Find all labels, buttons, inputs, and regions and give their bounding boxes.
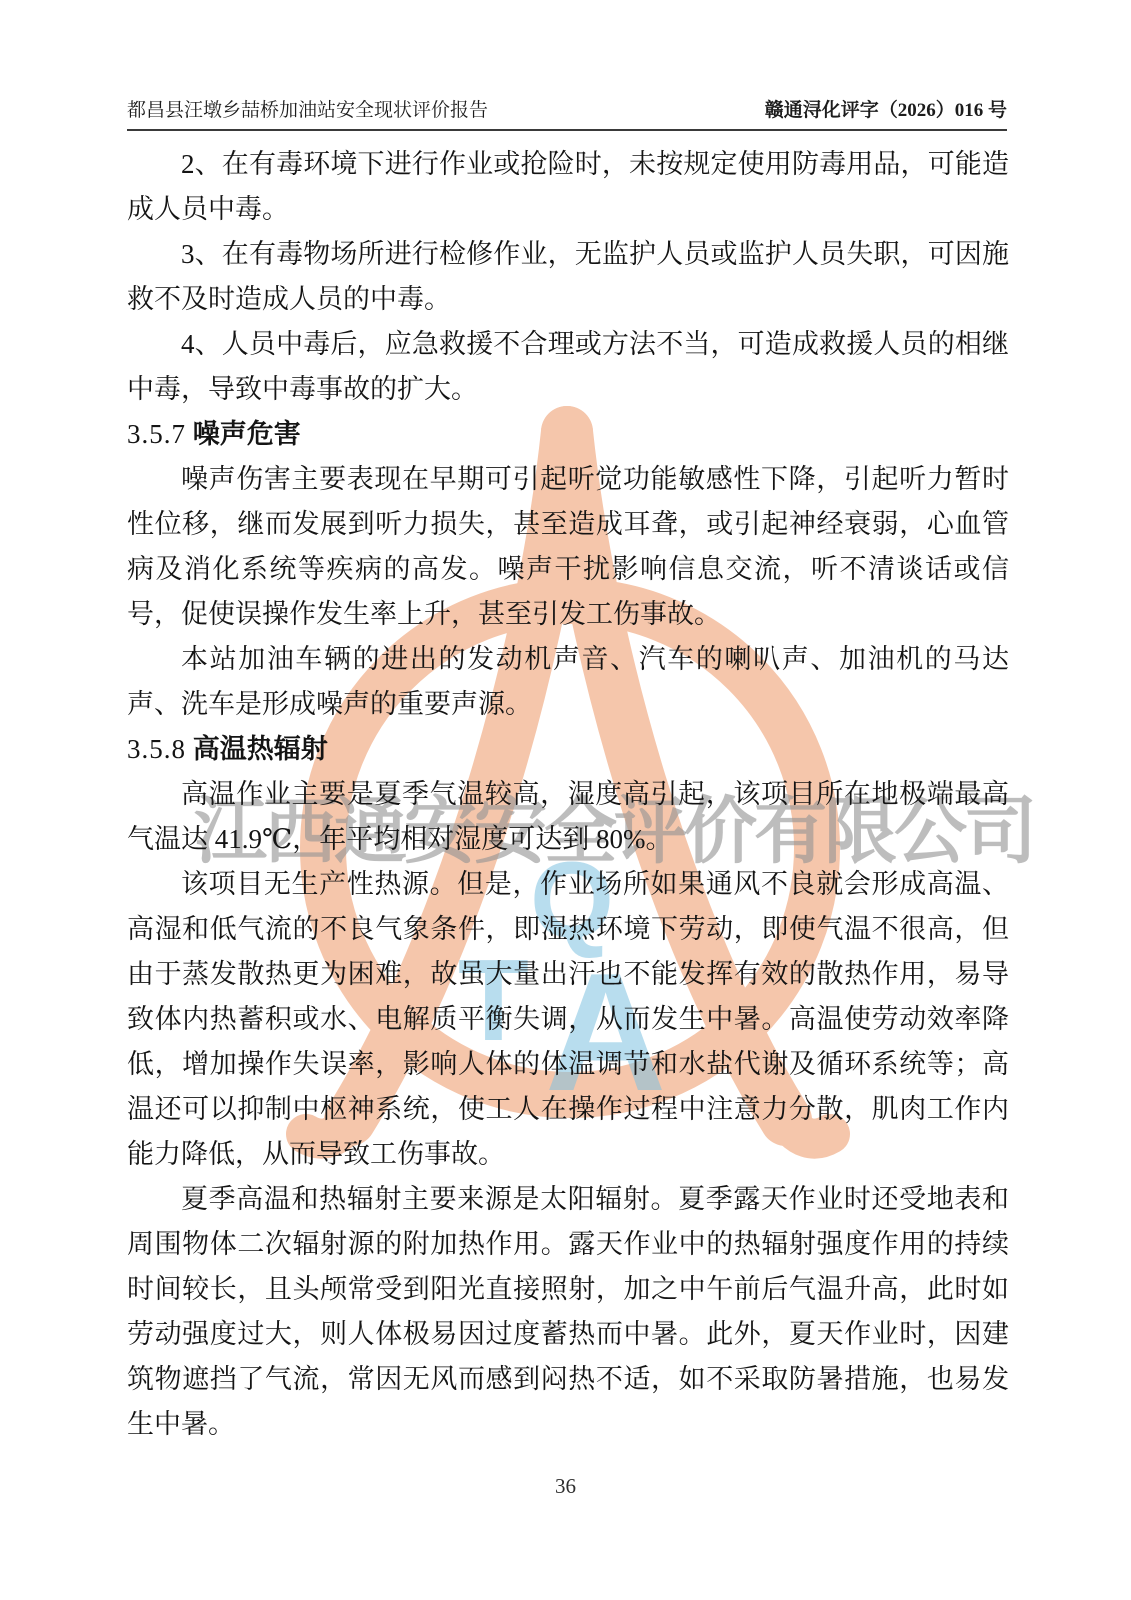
heading-title: 噪声危害	[193, 419, 301, 449]
heading-3-5-8: 3.5.8 高温热辐射	[127, 727, 1009, 772]
document-page: Q T A 江西通安安全评价有限公司 都昌县汪墩乡喆桥加油站安全现状评价报告 赣…	[0, 0, 1131, 1600]
page-number: 36	[0, 1474, 1131, 1499]
paragraph: 该项目无生产性热源。但是，作业场所如果通风不良就会形成高温、高湿和低气流的不良气…	[127, 862, 1009, 1177]
header-report-title: 都昌县汪墩乡喆桥加油站安全现状评价报告	[127, 95, 488, 122]
paragraph: 高温作业主要是夏季气温较高，湿度高引起，该项目所在地极端最高气温达 41.9℃，…	[127, 772, 1009, 862]
document-body: 2、在有毒环境下进行作业或抢险时，未按规定使用防毒用品，可能造成人员中毒。 3、…	[127, 142, 1009, 1447]
heading-3-5-7: 3.5.7 噪声危害	[127, 412, 1009, 457]
paragraph: 3、在有毒物场所进行检修作业，无监护人员或监护人员失职，可因施救不及时造成人员的…	[127, 232, 1009, 322]
paragraph: 4、人员中毒后，应急救援不合理或方法不当，可造成救援人员的相继中毒，导致中毒事故…	[127, 322, 1009, 412]
heading-number: 3.5.8	[127, 734, 186, 764]
page-header: 都昌县汪墩乡喆桥加油站安全现状评价报告 赣通浔化评字（2026）016 号	[127, 0, 1007, 131]
paragraph: 夏季高温和热辐射主要来源是太阳辐射。夏季露天作业时还受地表和周围物体二次辐射源的…	[127, 1177, 1009, 1447]
paragraph: 2、在有毒环境下进行作业或抢险时，未按规定使用防毒用品，可能造成人员中毒。	[127, 142, 1009, 232]
paragraph: 本站加油车辆的进出的发动机声音、汽车的喇叭声、加油机的马达声、洗车是形成噪声的重…	[127, 637, 1009, 727]
paragraph: 噪声伤害主要表现在早期可引起听觉功能敏感性下降，引起听力暂时性位移，继而发展到听…	[127, 457, 1009, 637]
header-doc-number: 赣通浔化评字（2026）016 号	[765, 95, 1007, 122]
heading-title: 高温热辐射	[193, 734, 328, 764]
heading-number: 3.5.7	[127, 419, 186, 449]
